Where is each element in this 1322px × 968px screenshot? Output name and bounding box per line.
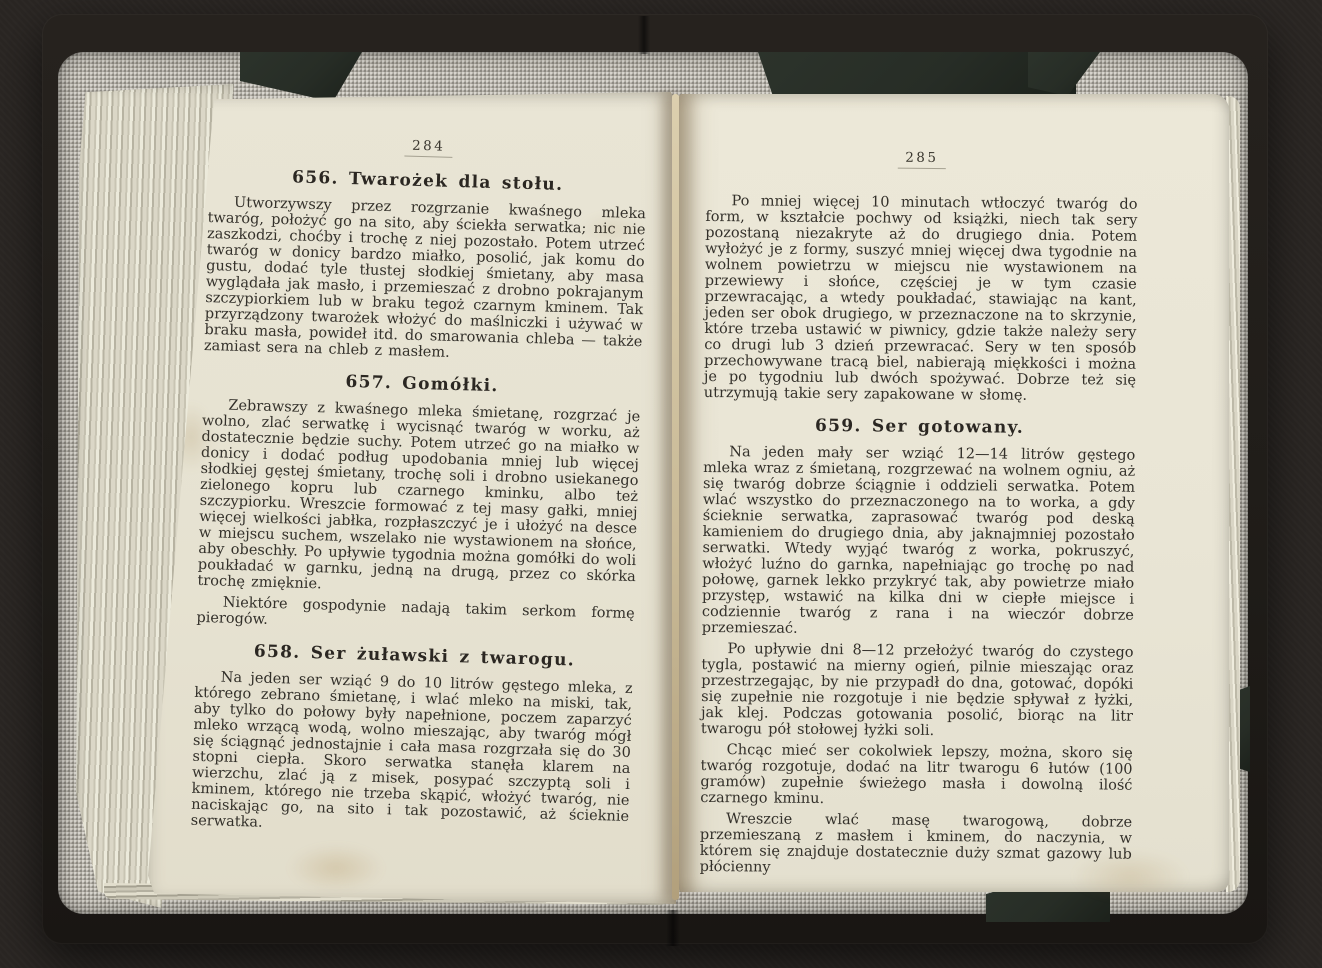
recipe-heading: 659. Ser gotowany. xyxy=(703,415,1135,439)
paragraph: Wreszcie wlać masę twarogową, dobrze prz… xyxy=(700,811,1133,879)
right-page: 285 Po mniej więcej 10 minutach wtłoczyć… xyxy=(679,94,1229,892)
paragraph: Na jeden ser wziąć 9 do 10 litrów gęsteg… xyxy=(191,669,633,841)
recipe-heading: 658. Ser żuławski z twarogu. xyxy=(195,640,633,672)
right-page-content: Po mniej więcej 10 minutach wtłoczyć twa… xyxy=(700,193,1138,879)
recipe-heading: 656. Twarożek dla stołu. xyxy=(209,165,647,197)
book-gutter xyxy=(672,94,679,900)
spine-groove-top xyxy=(638,16,650,54)
page-number-left: 284 xyxy=(209,132,647,163)
spine-groove-bottom xyxy=(666,910,680,946)
paragraph: Po mniej więcej 10 minutach wtłoczyć twa… xyxy=(704,193,1138,405)
page-number-right: 285 xyxy=(706,148,1138,171)
recipe-heading: 657. Gomółki. xyxy=(203,368,641,400)
left-page-content: 656. Twarożek dla stołu.Utworzywszy prze… xyxy=(191,165,647,841)
paragraph: Niektóre gospodynie nadają takim serkom … xyxy=(196,594,635,638)
paragraph: Zebrawszy z kwaśnego mleka śmietanę, roz… xyxy=(197,397,640,601)
left-page: 284 656. Twarożek dla stołu.Utworzywszy … xyxy=(148,92,676,904)
paragraph: Na jeden mały ser wziąć 12—14 litrów gęs… xyxy=(702,444,1136,640)
photo-stage: 284 656. Twarożek dla stołu.Utworzywszy … xyxy=(0,0,1322,968)
paragraph: Po upływie dni 8—12 przełożyć twaróg do … xyxy=(701,641,1134,741)
paragraph: Chcąc mieć ser cokolwiek lepszy, można, … xyxy=(700,742,1133,810)
paragraph: Utworzywszy przez rozgrzanie kwaśnego ml… xyxy=(204,194,646,366)
